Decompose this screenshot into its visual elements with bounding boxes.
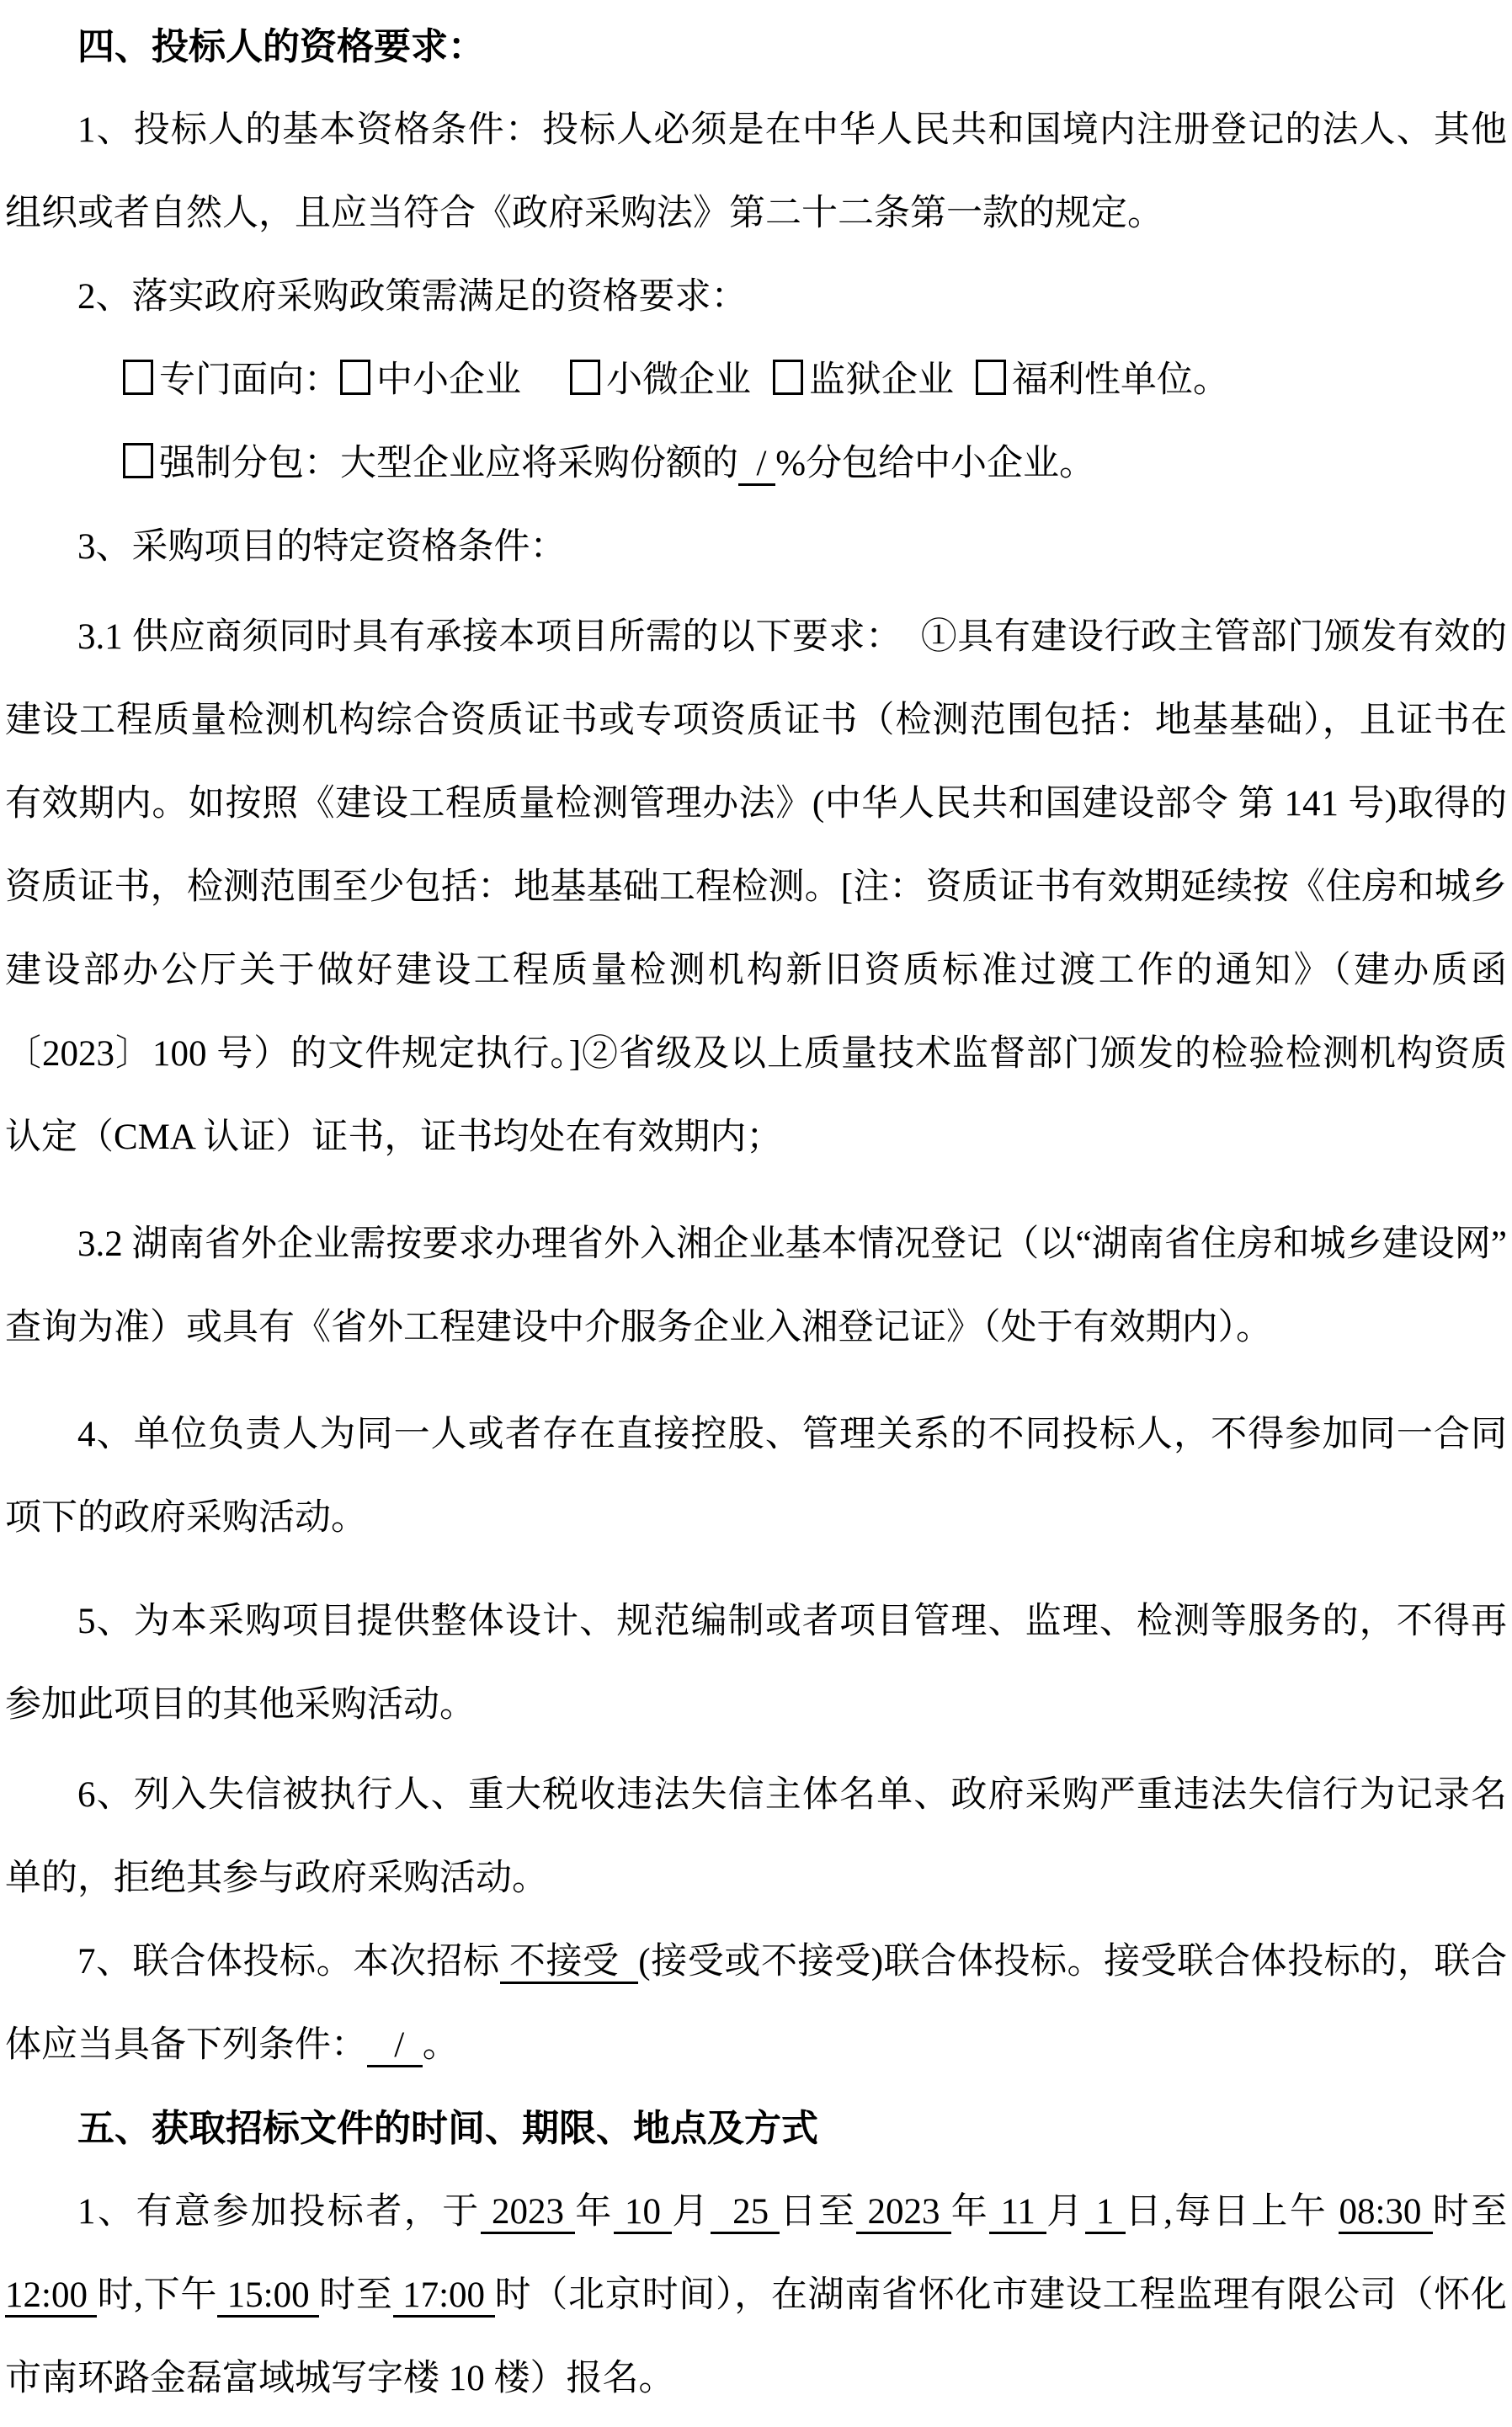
- consortium-text-1: 7、联合体投标。本次招标: [77, 1942, 500, 1982]
- para-procurement-policy: 2、落实政府采购政策需满足的资格要求：: [5, 255, 1507, 339]
- signup-text: 年: [951, 2192, 989, 2232]
- signup-text: 时至: [319, 2275, 392, 2315]
- para-signup-time-place: 1、有意参加投标者，于 2023 年 10 月 25 日至 2023 年 11 …: [5, 2170, 1507, 2420]
- signup-day-end: 1: [1085, 2192, 1126, 2234]
- checkbox-icon: [773, 360, 803, 395]
- signup-text: 日至: [780, 2192, 856, 2232]
- section5-heading: 五、获取招标文件的时间、期限、地点及方式: [5, 2087, 1507, 2170]
- signup-text: 日,每日上午: [1126, 2192, 1339, 2232]
- subcontract-tail-text: %分包给中小企业。: [775, 444, 1095, 483]
- option-label-prison: 监狱企业: [809, 360, 954, 400]
- checkbox-icon: [340, 360, 370, 395]
- signup-time-am-end: 12:00: [5, 2275, 97, 2318]
- consortium-text-3: 。: [423, 2025, 459, 2065]
- checkbox-icon: [570, 360, 600, 395]
- signup-text: 时至: [1433, 2192, 1507, 2232]
- signup-month-end: 11: [989, 2192, 1046, 2234]
- option-lead-label: 专门面向：: [159, 360, 340, 400]
- para-3-1-supplier-requirements: 3.1 供应商须同时具有承接本项目所需的以下要求： ①具有建设行政主管部门颁发有…: [5, 595, 1507, 1179]
- signup-text: 月: [1046, 2192, 1084, 2232]
- para-7-consortium-bidding: 7、联合体投标。本次招标 不接受 (接受或不接受)联合体投标。接受联合体投标的，…: [5, 1920, 1507, 2087]
- para-5-service-conflict: 5、为本采购项目提供整体设计、规范编制或者项目管理、监理、检测等服务的，不得再参…: [5, 1580, 1507, 1747]
- para-4-same-responsible-person: 4、单位负责人为同一人或者存在直接控股、管理关系的不同投标人，不得参加同一合同项…: [5, 1393, 1507, 1560]
- checkbox-icon: [976, 360, 1006, 395]
- option-line-subcontract: 强制分包：大型企业应将采购份额的 / %分包给中小企业。: [5, 422, 1507, 505]
- consortium-conditions-blank: /: [367, 2025, 423, 2067]
- signup-text: 1、有意参加投标者，于: [77, 2192, 481, 2232]
- subcontract-blank-value: /: [738, 444, 775, 486]
- signup-time-pm-end: 17:00: [393, 2275, 495, 2318]
- para-specific-conditions: 3、采购项目的特定资格条件：: [5, 505, 1507, 589]
- signup-text: 年: [575, 2192, 613, 2232]
- consortium-blank-not-accepted: 不接受: [500, 1942, 639, 1984]
- signup-year-end: 2023: [856, 2192, 950, 2234]
- subcontract-lead-text: 强制分包：大型企业应将采购份额的: [159, 444, 738, 483]
- option-label-smes: 中小企业: [376, 360, 521, 400]
- signup-day-start: 25: [711, 2192, 780, 2234]
- signup-year-start: 2023: [481, 2192, 575, 2234]
- checkbox-icon: [123, 443, 153, 478]
- para-3-2-out-of-province: 3.2 湖南省外企业需按要求办理省外入湘企业基本情况登记（以“湖南省住房和城乡建…: [5, 1203, 1507, 1369]
- option-line-dedicated: 专门面向：中小企业小微企业监狱企业福利性单位。: [5, 339, 1507, 422]
- signup-time-pm-start: 15:00: [217, 2275, 319, 2318]
- signup-time-am-start: 08:30: [1339, 2192, 1432, 2234]
- para-bidder-basic-qualification: 1、投标人的基本资格条件：投标人必须是在中华人民共和国境内注册登记的法人、其他组…: [5, 88, 1507, 255]
- para-6-dishonesty-list: 6、列入失信被执行人、重大税收违法失信主体名单、政府采购严重违法失信行为记录名单…: [5, 1753, 1507, 1920]
- signup-text: 时,下午: [97, 2275, 217, 2315]
- signup-text: 月: [672, 2192, 710, 2232]
- checkbox-icon: [123, 360, 153, 395]
- signup-month-start: 10: [614, 2192, 672, 2234]
- section4-heading: 四、投标人的资格要求：: [5, 5, 1507, 88]
- document-page: 四、投标人的资格要求： 1、投标人的基本资格条件：投标人必须是在中华人民共和国境…: [0, 0, 1512, 2427]
- option-label-welfare: 福利性单位。: [1012, 360, 1229, 400]
- option-label-micro: 小微企业: [606, 360, 751, 400]
